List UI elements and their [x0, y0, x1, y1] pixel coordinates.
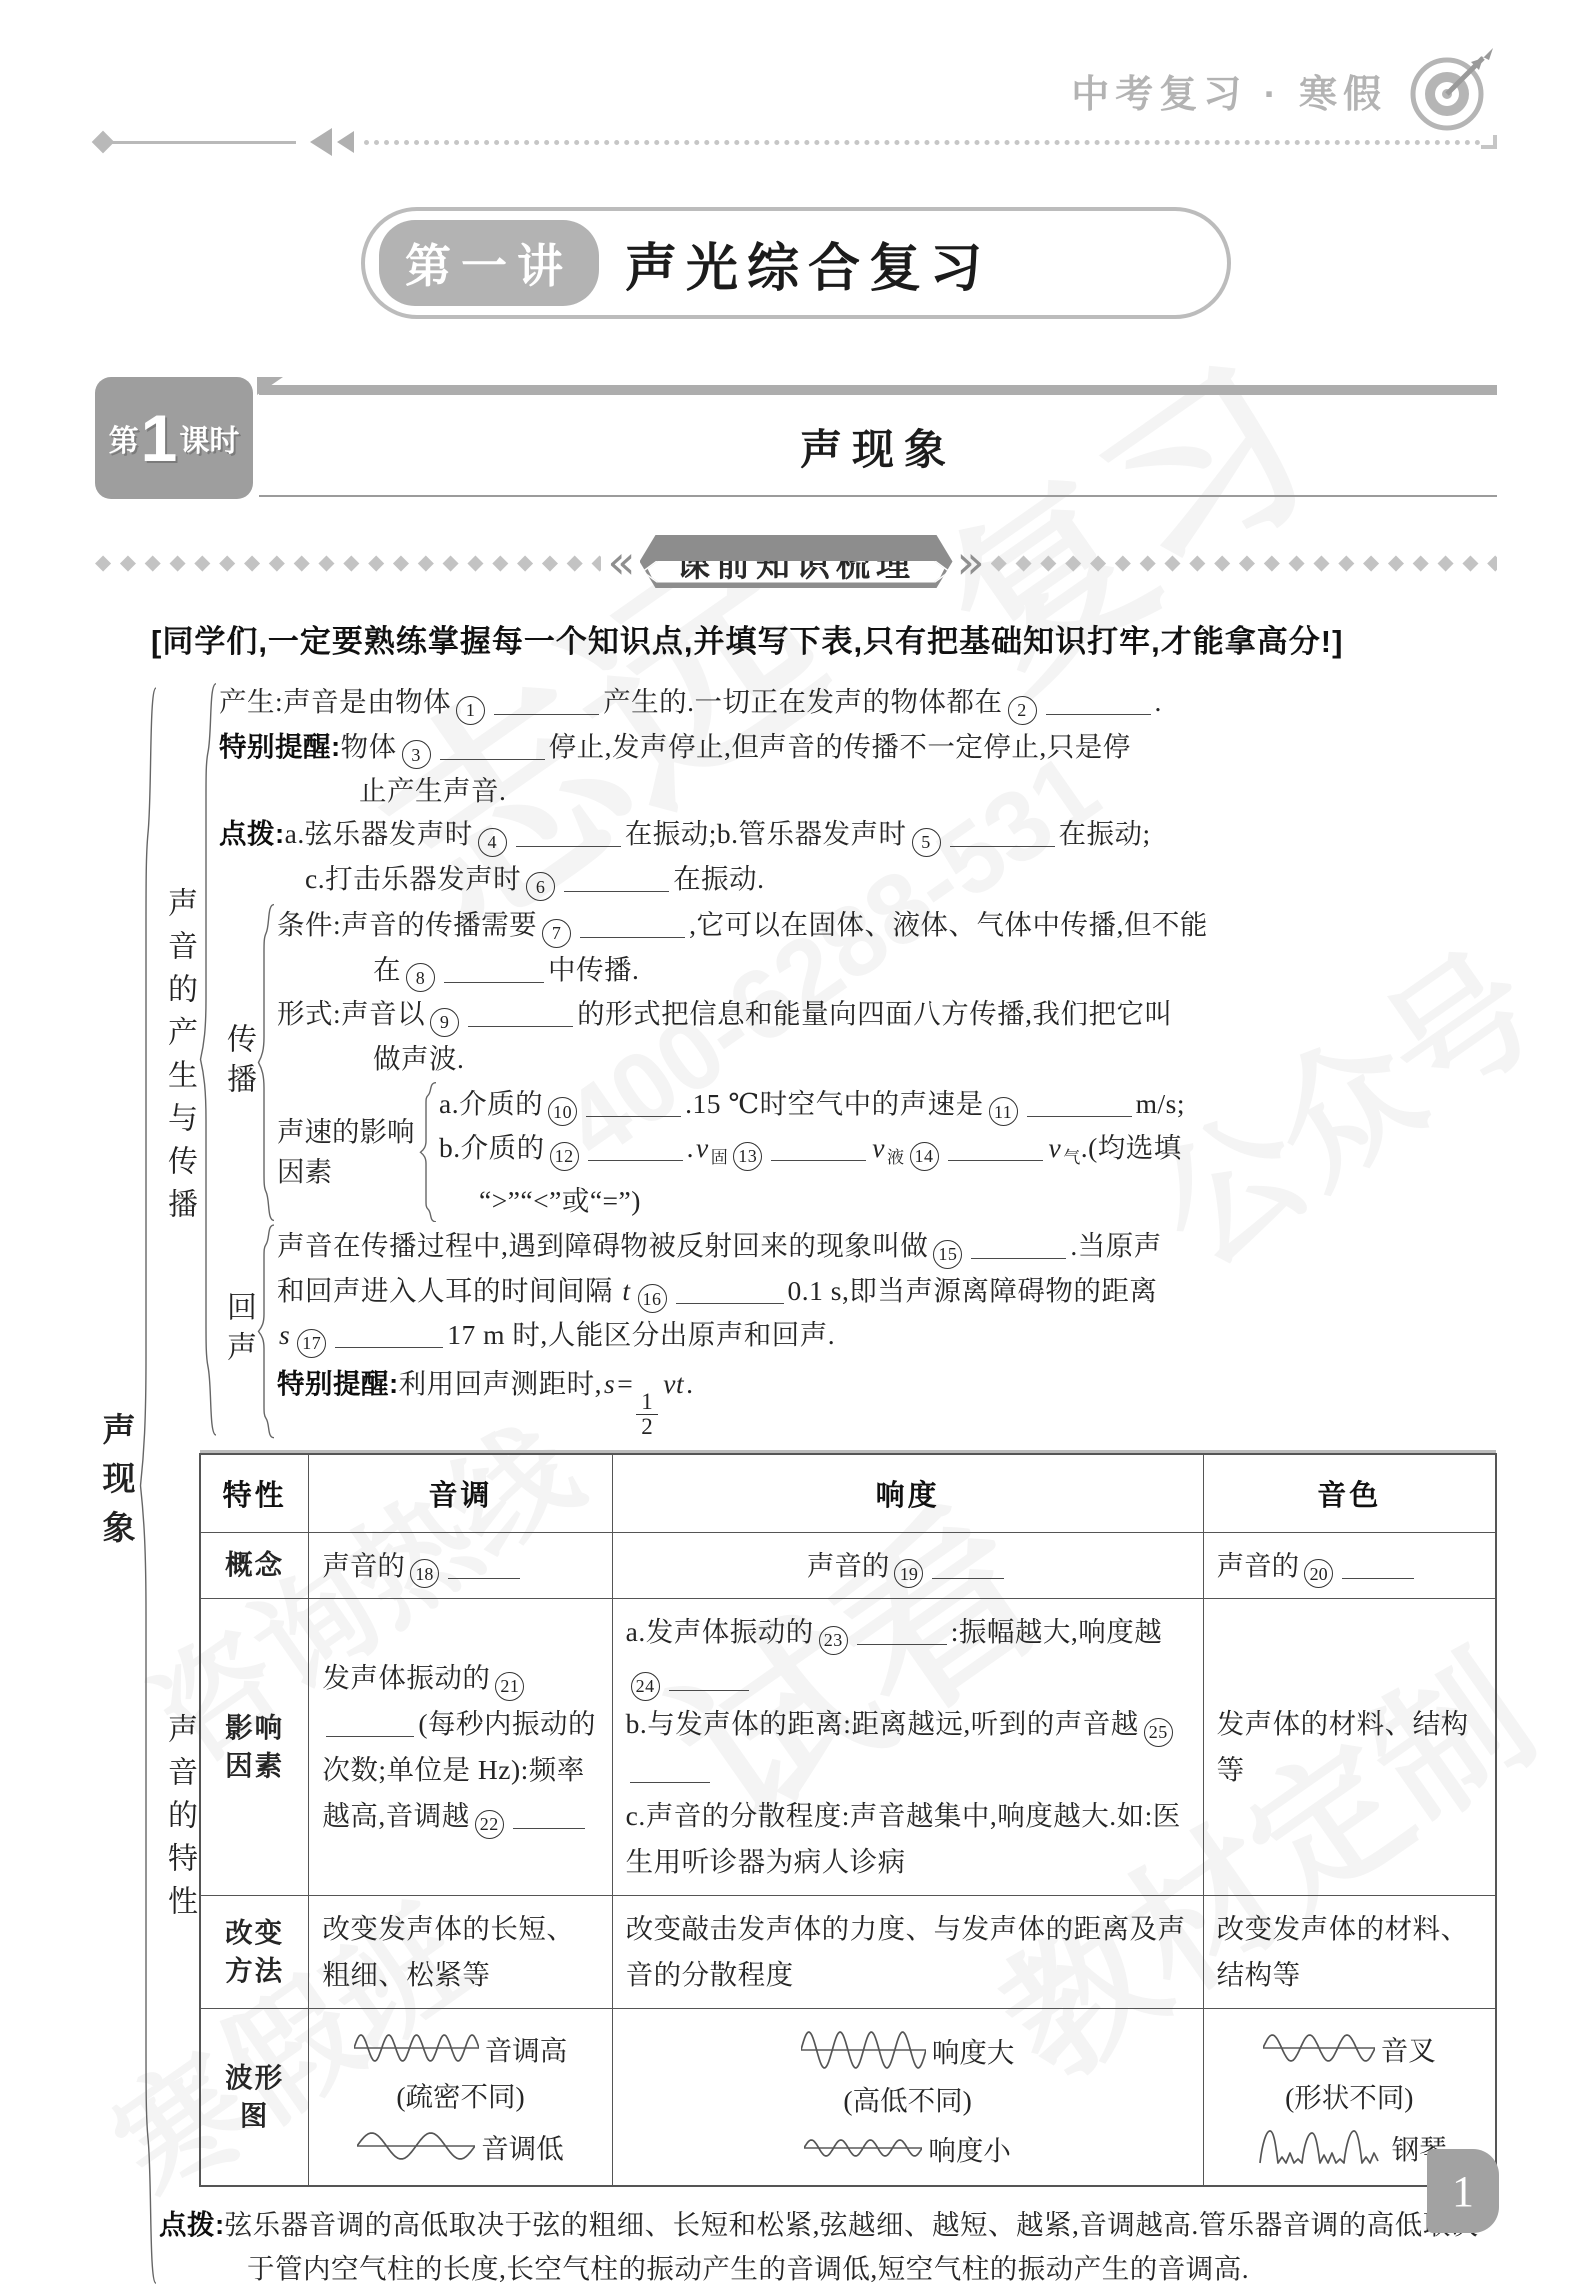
- rule-line: [111, 141, 296, 144]
- circled-number: 20: [1304, 1559, 1333, 1588]
- col-header-pitch: 音调: [309, 1454, 612, 1533]
- text-run: 和回声进入人耳的时间间隔: [277, 1275, 620, 1306]
- fill-blank: [771, 1134, 866, 1162]
- text-line: 和回声进入人耳的时间间隔 t160.1 s,即当声源离障碍物的距离: [277, 1269, 1497, 1314]
- concept-pitch-cell: 声音的18: [309, 1532, 612, 1599]
- row-header-waveform: 波形图: [200, 2009, 309, 2187]
- lesson-header: 第1课时 声现象: [95, 377, 1497, 499]
- circled-number: 7: [542, 919, 571, 948]
- propagation-lines: 条件:声音的传播需要7,它可以在固体、液体、气体中传播,但不能在8中传播.形式:…: [277, 903, 1497, 1080]
- row-header-change: 改变方法: [200, 1896, 309, 2009]
- text-line: 声音在传播过程中,遇到障碍物被反射回来的现象叫做15.当原声: [277, 1224, 1497, 1269]
- waveform-label: 响度小: [928, 2128, 1011, 2168]
- subscript: 固: [711, 1148, 729, 1167]
- bold-label: 点拨:: [219, 818, 285, 849]
- lesson-underline: [259, 495, 1497, 497]
- waveform-caption: (疏密不同): [322, 2076, 598, 2118]
- table-row-change: 改变方法 改变发声体的长短、粗细、松紧等 改变敲击发声体的力度、与发声体的距离及…: [200, 1896, 1496, 2009]
- target-dart-icon: [1405, 44, 1497, 136]
- text-run: b.与发声体的距离:距离越远,听到的声音越: [626, 1708, 1139, 1739]
- col-header-loudness: 响度: [612, 1454, 1203, 1533]
- circled-number: 14: [910, 1142, 939, 1171]
- text-line: c.打击乐器发声时6在振动.: [219, 857, 1497, 902]
- section-badge: 课前知识梳理: [646, 539, 946, 592]
- text-run: 弦乐器音调的高低取决于弦的粗细、长短和松紧,弦越细、越短、越紧,音调越高.管乐器…: [225, 2209, 1479, 2284]
- curly-brace: [419, 1082, 439, 1223]
- text-line: 特别提醒:物体3停止,发声停止,但声音的传播不一定停止,只是停: [219, 725, 1497, 770]
- text-run: b.介质的: [439, 1132, 545, 1163]
- text-run: 声音的: [322, 1550, 405, 1581]
- text-run: 改变发声体的长短、粗细、松紧等: [322, 1913, 574, 1990]
- text-run: 改变敲击发声体的力度、与发声体的距离及声音的分散程度: [626, 1913, 1186, 1990]
- wave-quiet-icon: [804, 2128, 922, 2168]
- text-run: 0.1 s,即当声源离障碍物的距离: [788, 1275, 1158, 1306]
- text-line: 条件:声音的传播需要7,它可以在固体、液体、气体中传播,但不能: [277, 903, 1497, 948]
- fill-blank: [586, 1089, 681, 1117]
- text-line: 止产生声音.: [219, 769, 1497, 812]
- wave-tuningfork-icon: [1263, 2025, 1375, 2071]
- fill-blank: [857, 1618, 947, 1646]
- fill-blank: [1027, 1089, 1132, 1117]
- text-line: 改变发声体的材料、结构等: [1217, 1906, 1482, 1998]
- lecture-title: 声光综合复习: [625, 226, 991, 301]
- circled-number: 2: [1008, 696, 1037, 725]
- diamond-chain: ◆ ◆ ◆ ◆ ◆ ◆ ◆ ◆ ◆ ◆ ◆ ◆ ◆ ◆ ◆ ◆ ◆ ◆ ◆ ◆ …: [95, 550, 601, 574]
- fill-blank: [468, 1000, 573, 1028]
- text-run: .当原声: [1070, 1230, 1161, 1261]
- table-row-waveform: 波形图 音调高(疏密不同)音调低 响度大(高低不同)响度小 音叉(形状不同)钢琴: [200, 2009, 1496, 2187]
- fill-blank: [948, 1134, 1043, 1162]
- text-run: “>”“<”或“=”): [479, 1185, 641, 1216]
- col-header-timbre: 音色: [1203, 1454, 1496, 1533]
- circled-number: 16: [638, 1284, 667, 1313]
- waveform-pitch-cell: 音调高(疏密不同)音调低: [309, 2009, 612, 2187]
- text-run: 在振动;b.管乐器发声时: [625, 818, 907, 849]
- waveform-item: 音叉: [1217, 2025, 1482, 2071]
- characteristics-table: 特性 音调 响度 音色 概念 声音的18 声音的19 声音的20 影响因: [199, 1453, 1497, 2188]
- circled-number: 11: [989, 1097, 1018, 1126]
- fill-blank: [630, 1756, 710, 1784]
- circled-number: 22: [475, 1810, 504, 1839]
- fill-blank: [1342, 1551, 1414, 1579]
- change-loudness-cell: 改变敲击发声体的力度、与发声体的距离及声音的分散程度: [612, 1896, 1203, 2009]
- text-line: 改变敲击发声体的力度、与发声体的距离及声音的分散程度: [626, 1906, 1190, 1998]
- circled-number: 17: [297, 1329, 326, 1358]
- fill-blank: [950, 820, 1055, 848]
- echo-lines: 声音在传播过程中,遇到障碍物被反射回来的现象叫做15.当原声和回声进入人耳的时间…: [277, 1224, 1497, 1358]
- italic-symbol: v: [694, 1132, 711, 1163]
- circled-number: 3: [402, 740, 431, 769]
- waveform-label: 响度大: [932, 2030, 1015, 2070]
- text-run: ,它可以在固体、液体、气体中传播,但不能: [689, 909, 1208, 940]
- text-run: 的形式把信息和能量向四面八方传播,我们把它叫: [577, 998, 1172, 1029]
- badge-number: 1: [139, 405, 180, 471]
- fill-blank: [564, 864, 669, 892]
- fill-blank: [580, 911, 685, 939]
- row-header-factors: 影响因素: [200, 1599, 309, 1896]
- production-propagation-block: 声音的产生与传播 产生:声音是由物体1产生的.一切正在发声的物体都在2.特别提醒…: [159, 680, 1497, 1439]
- circled-number: 8: [406, 963, 435, 992]
- italic-symbol: s: [602, 1368, 617, 1399]
- factors-timbre-cell: 发声体的材料、结构等: [1203, 1599, 1496, 1896]
- table-row-concept: 概念 声音的18 声音的19 声音的20: [200, 1532, 1496, 1599]
- table-row-factors: 影响因素 发声体振动的21(每秒内振动的次数;单位是 Hz):频率越高,音调越2…: [200, 1599, 1496, 1896]
- bottom-tip: 点拨:弦乐器音调的高低取决于弦的粗细、长短和松紧,弦越细、越短、越紧,音调越高.…: [159, 2203, 1497, 2291]
- fill-blank: [516, 820, 621, 848]
- speed-factors-label: 声速的影响因素: [277, 1082, 419, 1223]
- text-run: 产生:声音是由物体: [219, 686, 451, 717]
- circled-number: 25: [1144, 1718, 1173, 1747]
- text-run: a.介质的: [439, 1088, 543, 1119]
- worksheet-page: 志远复习400-6288-531咨询热线寒假班试看公众号教材定制 中考复习 · …: [0, 0, 1587, 2291]
- knowledge-outline: 声现象 声音的产生与传播 产生:声音是由物体1产生的.一切正在发声的物体都在2.…: [95, 680, 1497, 2291]
- waveform-item: 音调高: [322, 2026, 598, 2070]
- lesson-title: 声现象: [259, 395, 1497, 495]
- wave-dense-icon: [354, 2026, 479, 2070]
- edition-label: 中考复习 · 寒假: [1071, 63, 1387, 118]
- text-run: 发声体的材料、结构等: [1217, 1708, 1469, 1785]
- branch-production-label: 声音的产生与传播: [159, 680, 199, 1439]
- text-run: 产生的.一切正在发声的物体都在: [603, 686, 1002, 717]
- factors-pitch-cell: 发声体振动的21(每秒内振动的次数;单位是 Hz):频率越高,音调越22: [309, 1599, 612, 1896]
- row-header-concept: 概念: [200, 1532, 309, 1599]
- text-line: b.与发声体的距离:距离越远,听到的声音越25: [626, 1701, 1190, 1793]
- text-run: .: [686, 1368, 693, 1399]
- text-run: c.声音的分散程度:声音越集中,响度越大.如:医生用听诊器为病人诊病: [626, 1800, 1181, 1877]
- bold-label: 特别提醒:: [219, 731, 341, 762]
- factors-loudness-cell: a.发声体振动的23:振幅越大,响度越24b.与发声体的距离:距离越远,听到的声…: [612, 1599, 1203, 1896]
- bold-label: 点拨:: [159, 2209, 225, 2240]
- header-rule: [95, 129, 1497, 155]
- text-line: 改变发声体的长短、粗细、松紧等: [322, 1906, 598, 1998]
- propagation-label: 传播: [219, 903, 257, 1222]
- rule-hook: [1481, 135, 1497, 149]
- fill-blank: [335, 1321, 443, 1349]
- text-line: c.声音的分散程度:声音越集中,响度越大.如:医生用听诊器为病人诊病: [626, 1793, 1190, 1885]
- wave-piano-icon: [1252, 2125, 1386, 2169]
- circled-number: 5: [912, 828, 941, 857]
- text-line: 发声体振动的21(每秒内振动的次数;单位是 Hz):频率越高,音调越22: [322, 1655, 598, 1839]
- circled-number: 24: [631, 1672, 660, 1701]
- lecture-banner: 第一讲 声光综合复习: [361, 207, 1231, 319]
- text-line: 在8中传播.: [277, 948, 1497, 993]
- outline-root-label: 声现象: [95, 680, 139, 2291]
- circled-number: 6: [526, 872, 555, 901]
- circled-number: 13: [733, 1142, 762, 1171]
- text-run: :振幅越大,响度越: [951, 1616, 1163, 1647]
- text-run: 改变发声体的材料、结构等: [1217, 1913, 1469, 1990]
- text-line: “>”“<”或“=”): [439, 1179, 1497, 1222]
- wave-sparse-icon: [357, 2124, 475, 2168]
- circled-number: 4: [478, 828, 507, 857]
- text-run: .(均选填: [1081, 1132, 1182, 1163]
- subscript: 液: [887, 1148, 905, 1167]
- text-run: 形式:声音以: [277, 998, 425, 1029]
- concept-loudness-cell: 声音的19: [612, 1532, 1203, 1599]
- text-line: 做声波.: [277, 1037, 1497, 1080]
- concept-timbre-cell: 声音的20: [1203, 1532, 1496, 1599]
- text-run: 在振动;: [1059, 818, 1151, 849]
- lecture-number-badge: 第一讲: [379, 220, 599, 306]
- text-run: m/s;: [1136, 1088, 1185, 1119]
- circled-number: 10: [548, 1097, 577, 1126]
- circled-number: 21: [495, 1672, 524, 1701]
- change-timbre-cell: 改变发声体的材料、结构等: [1203, 1896, 1496, 2009]
- production-lines: 产生:声音是由物体1产生的.一切正在发声的物体都在2.特别提醒:物体3停止,发声…: [219, 680, 1497, 901]
- fill-blank: [440, 732, 545, 760]
- circled-number: 18: [410, 1559, 439, 1588]
- text-run: 物体: [341, 731, 397, 762]
- text-run: c.打击乐器发声时: [305, 863, 521, 894]
- text-run: 声音的: [807, 1550, 890, 1581]
- text-line: 发声体的材料、结构等: [1217, 1701, 1482, 1793]
- circled-number: 19: [894, 1559, 923, 1588]
- text-line: a.介质的10.15 ℃时空气中的声速是11m/s;: [439, 1082, 1497, 1127]
- text-line: b.介质的12.v固13v液14v气.(均选填: [439, 1126, 1497, 1179]
- subscript: 气: [1063, 1148, 1081, 1167]
- student-note: [同学们,一定要熟练掌握每一个知识点,并填写下表,只有把基础知识打牢,才能拿高分…: [95, 618, 1497, 666]
- text-line: s1717 m 时,人能区分出原声和回声.: [277, 1313, 1497, 1358]
- waveform-item: 响度小: [626, 2128, 1190, 2168]
- table-header-row: 特性 音调 响度 音色: [200, 1454, 1496, 1533]
- waveform-label: 音调高: [485, 2028, 568, 2068]
- fill-blank: [494, 688, 599, 716]
- italic-symbol: vt: [661, 1368, 686, 1399]
- fill-blank: [444, 955, 544, 983]
- italic-symbol: t: [620, 1275, 632, 1306]
- double-angle-right-icon: »: [957, 539, 985, 585]
- text-run: 在振动.: [673, 863, 764, 894]
- circled-number: 23: [819, 1626, 848, 1655]
- text-run: 在: [373, 954, 401, 985]
- text-run: 声音在传播过程中,遇到障碍物被反射回来的现象叫做: [277, 1230, 928, 1261]
- waveform-caption: (形状不同): [1217, 2077, 1482, 2119]
- double-angle-left-icon: «: [607, 539, 635, 585]
- italic-symbol: s: [277, 1319, 292, 1350]
- lesson-top-bar: [259, 385, 1497, 395]
- diamond-icon: [92, 131, 115, 154]
- text-run: a.发声体振动的: [626, 1616, 814, 1647]
- curly-brace: [139, 680, 159, 2291]
- text-run: .: [687, 1132, 694, 1163]
- text-run: 发声体振动的: [322, 1662, 490, 1693]
- curly-brace: [257, 1224, 277, 1439]
- badge-suffix: 课时: [179, 416, 239, 460]
- text-run: a.弦乐器发声时: [285, 818, 473, 849]
- waveform-label: 音叉: [1381, 2028, 1436, 2068]
- diamond-chain: ◆ ◆ ◆ ◆ ◆ ◆ ◆ ◆ ◆ ◆ ◆ ◆ ◆ ◆ ◆ ◆ ◆ ◆ ◆ ◆ …: [991, 550, 1497, 574]
- waveform-label: 音调低: [481, 2126, 564, 2166]
- change-pitch-cell: 改变发声体的长短、粗细、松紧等: [309, 1896, 612, 2009]
- curly-brace: [257, 903, 277, 1222]
- wave-loud-icon: [801, 2026, 926, 2074]
- fill-blank: [448, 1551, 520, 1579]
- fill-blank: [1046, 688, 1151, 716]
- section-divider: ◆ ◆ ◆ ◆ ◆ ◆ ◆ ◆ ◆ ◆ ◆ ◆ ◆ ◆ ◆ ◆ ◆ ◆ ◆ ◆ …: [95, 535, 1497, 588]
- fill-blank: [669, 1664, 749, 1692]
- circled-number: 15: [933, 1240, 962, 1269]
- branch-characteristics-label: 声音的特性: [159, 1453, 199, 2188]
- text-line: a.发声体振动的23:振幅越大,响度越24: [626, 1609, 1190, 1701]
- text-run: 止产生声音.: [359, 775, 506, 806]
- text-line: 形式:声音以9的形式把信息和能量向四面八方传播,我们把它叫: [277, 992, 1497, 1037]
- waveform-item: 响度大: [626, 2026, 1190, 2074]
- waveform-loudness-cell: 响度大(高低不同)响度小: [612, 2009, 1203, 2187]
- text-run: 停止,发声停止,但声音的传播不一定停止,只是停: [549, 731, 1131, 762]
- text-line: 产生:声音是由物体1产生的.一切正在发声的物体都在2.: [219, 680, 1497, 725]
- arrow-left-icon: [326, 131, 354, 153]
- waveform-caption: (高低不同): [626, 2080, 1190, 2122]
- propagation-block: 传播 条件:声音的传播需要7,它可以在固体、液体、气体中传播,但不能在8中传播.…: [219, 903, 1497, 1222]
- lesson-number-badge: 第1课时: [95, 377, 253, 499]
- waveform-item: 音调低: [322, 2124, 598, 2168]
- text-run: 做声波.: [373, 1043, 464, 1074]
- text-run: .: [1155, 686, 1162, 717]
- text-run: 利用回声测距时,: [399, 1368, 602, 1399]
- text-run: .15 ℃时空气中的声速是: [685, 1088, 984, 1119]
- circled-number: 12: [550, 1142, 579, 1171]
- circled-number: 9: [430, 1008, 459, 1037]
- italic-symbol: v: [870, 1132, 887, 1163]
- fill-blank: [676, 1276, 784, 1304]
- text-run: =: [617, 1368, 633, 1399]
- text-run: 中传播.: [548, 954, 639, 985]
- circled-number: 1: [456, 696, 485, 725]
- text-run: 17 m 时,人能区分出原声和回声.: [447, 1319, 835, 1350]
- characteristics-block: 声音的特性 特性 音调 响度 音色 概念 声音的18 声音的19: [159, 1453, 1497, 2188]
- text-run: 声音的: [1217, 1550, 1300, 1581]
- echo-label: 回声: [219, 1224, 257, 1439]
- echo-reminder: 特别提醒:利用回声测距时,s=12vt.: [277, 1362, 1497, 1439]
- fill-blank: [326, 1710, 414, 1738]
- fraction: 12: [636, 1390, 658, 1439]
- fill-blank: [588, 1134, 683, 1162]
- fill-blank: [513, 1802, 585, 1830]
- fill-blank: [971, 1232, 1066, 1260]
- page-number-badge: 1: [1427, 2149, 1499, 2233]
- text-line: 点拨:a.弦乐器发声时4在振动;b.管乐器发声时5在振动;: [219, 812, 1497, 857]
- fill-blank: [932, 1551, 1004, 1579]
- col-header-property: 特性: [200, 1454, 309, 1533]
- dotted-rule: [364, 140, 1481, 145]
- page-header: 中考复习 · 寒假: [95, 55, 1497, 125]
- text-run: 条件:声音的传播需要: [277, 909, 537, 940]
- echo-block: 回声 声音在传播过程中,遇到障碍物被反射回来的现象叫做15.当原声和回声进入人耳…: [219, 1224, 1497, 1439]
- speed-factor-lines: a.介质的10.15 ℃时空气中的声速是11m/s;b.介质的12.v固13v液…: [439, 1082, 1497, 1223]
- italic-symbol: v: [1047, 1132, 1064, 1163]
- badge-prefix: 第: [109, 416, 139, 460]
- bold-label: 特别提醒:: [277, 1368, 399, 1399]
- speed-factors-block: 声速的影响因素 a.介质的10.15 ℃时空气中的声速是11m/s;b.介质的1…: [277, 1082, 1497, 1223]
